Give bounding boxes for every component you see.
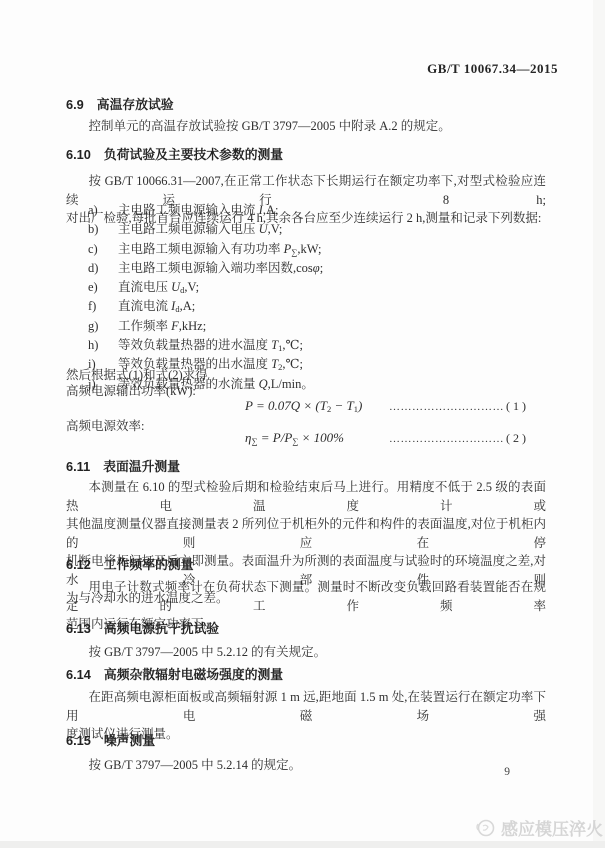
section-title: 噪声测量 xyxy=(104,733,155,748)
item-label: e) xyxy=(88,279,118,295)
formula-number: ( 1 ) xyxy=(506,399,526,414)
formula-part: − T xyxy=(331,398,354,413)
scan-edge-bottom xyxy=(0,841,605,848)
list-item: d)主电路工频电源输入端功率因数,cosφ; xyxy=(66,260,546,279)
section-number: 6.11 xyxy=(66,458,90,477)
section-title: 高频电源抗干扰试验 xyxy=(104,621,219,636)
item-unit: ,A; xyxy=(180,299,196,313)
list-item: e)直流电压 Ud,V; xyxy=(66,279,546,298)
paragraph-line: 在距高频电源柜面板或高频辐射源 1 m 远,距地面 1.5 m 处,在装置运行在… xyxy=(66,688,546,725)
item-label: b) xyxy=(88,221,118,237)
scan-edge-right xyxy=(593,0,605,848)
section-heading-6-11: 6.11表面温升测量 xyxy=(66,458,546,477)
item-variable: U xyxy=(259,222,268,236)
section-6-13-paragraph: 按 GB/T 3797—2005 中 5.2.12 的有关规定。 xyxy=(66,643,546,662)
list-item: a)主电路工频电源输入电流 I,A; xyxy=(66,202,546,221)
item-variable: F xyxy=(171,319,179,333)
paragraph-line: 其他温度测量仪器直接测量表 2 所列位于机柜外的元件和构件的表面温度,对位于机柜… xyxy=(66,515,546,552)
item-text: 直流电流 xyxy=(118,299,171,313)
standard-code: GB/T 10067.34—2015 xyxy=(42,61,558,77)
item-unit: ,kW; xyxy=(297,242,321,256)
item-label: a) xyxy=(88,202,118,218)
item-label: h) xyxy=(88,337,118,353)
formula-part: × 100% xyxy=(298,430,344,445)
item-unit: ,℃; xyxy=(282,338,303,352)
item-label: c) xyxy=(88,241,118,257)
section-heading-6-12: 6.12工作频率的测量 xyxy=(66,556,546,575)
formula-dot-leader: ………………………… xyxy=(389,401,504,413)
section-title: 工作频率的测量 xyxy=(104,557,194,572)
item-text: 主电路工频电源输入电流 xyxy=(118,203,259,217)
watermark: 感应模压淬火 xyxy=(475,815,603,840)
item-text: 主电路工频电源输入有功功率 xyxy=(118,242,284,256)
section-heading-6-13: 6.13高频电源抗干扰试验 xyxy=(66,620,546,639)
item-unit: ,V; xyxy=(268,222,283,236)
formula-2-row: η∑ = P/P∑ × 100% ………………………… ( 2 ) xyxy=(66,430,546,446)
formula-1-row: P = 0.07Q × (T2 − T1) ………………………… ( 1 ) xyxy=(66,398,546,414)
item-label: f) xyxy=(88,298,118,314)
item-text: 等效负载量热器的进水温度 xyxy=(118,338,271,352)
section-title: 高频杂散辐射电磁场强度的测量 xyxy=(104,667,283,682)
watermark-logo-icon xyxy=(475,818,495,838)
paragraph-line: 用电子计数式频率计在负荷状态下测量。测量时不断改变负载回路看装置能否在规定的工作… xyxy=(66,578,546,615)
list-item: f)直流电流 Id,A; xyxy=(66,298,546,317)
section-heading-6-15: 6.15噪声测量 xyxy=(66,732,546,751)
section-heading-6-10: 6.10负荷试验及主要技术参数的测量 xyxy=(66,146,546,165)
item-text: 主电路工频电源输入端功率因数,cos xyxy=(118,261,313,275)
section-heading-6-14: 6.14高频杂散辐射电磁场强度的测量 xyxy=(66,666,546,685)
formula-number: ( 2 ) xyxy=(506,431,526,446)
page-number: 9 xyxy=(66,766,546,778)
section-number: 6.15 xyxy=(66,732,91,751)
item-variable: φ xyxy=(313,261,320,275)
formula-dot-leader: ………………………… xyxy=(389,433,504,445)
section-6-9-paragraph: 控制单元的高温存放试验按 GB/T 3797—2005 中附录 A.2 的规定。 xyxy=(66,117,546,136)
watermark-text: 感应模压淬火 xyxy=(501,815,603,840)
item-text: 工作频率 xyxy=(118,319,171,333)
list-item: g)工作频率 F,kHz; xyxy=(66,318,546,337)
section-number: 6.10 xyxy=(66,146,91,165)
item-label: g) xyxy=(88,318,118,334)
section-number: 6.12 xyxy=(66,556,91,575)
section-number: 6.13 xyxy=(66,620,91,639)
section-heading-6-9: 6.9高温存放试验 xyxy=(66,96,546,115)
item-variable: U xyxy=(171,280,180,294)
item-unit: ; xyxy=(320,261,323,275)
formula-1-expression: P = 0.07Q × (T2 − T1) xyxy=(245,398,362,414)
formula-part: = P/P xyxy=(258,430,293,445)
item-unit: ,A; xyxy=(263,203,279,217)
formula-part: P = 0.07Q × (T xyxy=(245,398,327,413)
item-unit: ,kHz; xyxy=(179,319,206,333)
section-number: 6.9 xyxy=(66,96,84,115)
item-label: d) xyxy=(88,260,118,276)
paragraph-line: 按 GB/T 3797—2005 中 5.2.12 的有关规定。 xyxy=(66,643,546,662)
item-text: 主电路工频电源输入电压 xyxy=(118,222,259,236)
paragraph-line: 本测量在 6.10 的型式检验后期和检验结束后马上进行。用精度不低于 2.5 级… xyxy=(66,478,546,515)
formula-part: ) xyxy=(358,398,362,413)
item-text: 直流电压 xyxy=(118,280,171,294)
section-title: 负荷试验及主要技术参数的测量 xyxy=(104,147,283,162)
item-unit: ,V; xyxy=(184,280,199,294)
formula-2-expression: η∑ = P/P∑ × 100% xyxy=(245,430,344,446)
paragraph-line: 控制单元的高温存放试验按 GB/T 3797—2005 中附录 A.2 的规定。 xyxy=(66,117,546,136)
section-title: 表面温升测量 xyxy=(103,459,180,474)
section-number: 6.14 xyxy=(66,666,91,685)
list-item: b)主电路工频电源输入电压 U,V; xyxy=(66,221,546,240)
list-item: c)主电路工频电源输入有功功率 P∑,kW; xyxy=(66,241,546,260)
section-title: 高温存放试验 xyxy=(97,97,174,112)
list-item: h)等效负载量热器的进水温度 T1,℃; xyxy=(66,337,546,356)
